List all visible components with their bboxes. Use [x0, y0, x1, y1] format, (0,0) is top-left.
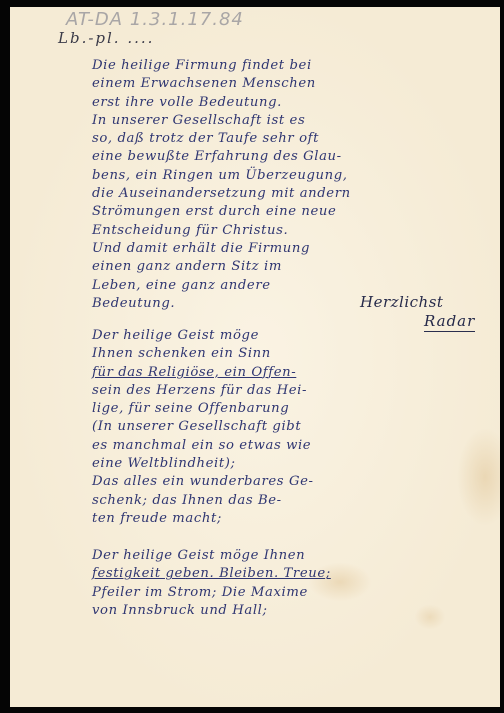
text-line: die Auseinandersetzung mit andern	[92, 185, 351, 203]
text-line: (In unserer Gesellschaft gibt	[92, 418, 314, 436]
text-line-underlined: für das Religiöse, ein Offen-	[92, 364, 314, 382]
text-line: Leben, eine ganz andere	[92, 277, 351, 295]
paragraph-firmung: Die heilige Firmung findet bei einem Erw…	[92, 57, 351, 313]
text-line: eine bewußte Erfahrung des Glau-	[92, 148, 351, 166]
text-line: Der heilige Geist möge Ihnen	[92, 547, 331, 565]
text-line: bens, ein Ringen um Überzeugung,	[92, 167, 351, 185]
signature-name: Radar	[424, 312, 475, 332]
text-line: Entscheidung für Christus.	[92, 222, 351, 240]
text-line: Strömungen erst durch eine neue	[92, 203, 351, 221]
text-line: es manchmal ein so etwas wie	[92, 437, 314, 455]
text-line: erst ihre volle Bedeutung.	[92, 94, 351, 112]
text-line: schenk; das Ihnen das Be-	[92, 492, 314, 510]
text-line: sein des Herzens für das Hei-	[92, 382, 314, 400]
text-line: Die heilige Firmung findet bei	[92, 57, 351, 75]
text-line: eine Weltblindheit);	[92, 455, 314, 473]
text-line: von Innsbruck und Hall;	[92, 602, 331, 620]
paragraph-heiliger-geist: Der heilige Geist möge Ihnen schenken ei…	[92, 327, 314, 528]
text-line: einem Erwachsenen Menschen	[92, 75, 351, 93]
text-line: Ihnen schenken ein Sinn	[92, 345, 314, 363]
salutation: Lb.-pl. ....	[58, 29, 154, 47]
text-line: ten freude macht;	[92, 510, 314, 528]
text-line: einen ganz andern Sitz im	[92, 258, 351, 276]
signature-greeting: Herzlichst	[360, 293, 443, 311]
text-line-underlined: festigkeit geben. Bleiben. Treue;	[92, 565, 331, 583]
letter-page: AT-DA 1.3.1.17.84 Lb.-pl. .... Die heili…	[10, 7, 500, 707]
text-line: lige, für seine Offenbarung	[92, 400, 314, 418]
text-line: Bedeutung.	[92, 295, 351, 313]
text-line: so, daß trotz der Taufe sehr oft	[92, 130, 351, 148]
text-line: Das alles ein wunderbares Ge-	[92, 473, 314, 491]
archive-reference-number: AT-DA 1.3.1.17.84	[66, 9, 244, 30]
paragraph-festigkeit: Der heilige Geist möge Ihnen festigkeit …	[92, 547, 331, 620]
text-line: Der heilige Geist möge	[92, 327, 314, 345]
text-line: Pfeiler im Strom; Die Maxime	[92, 584, 331, 602]
text-line: Und damit erhält die Firmung	[92, 240, 351, 258]
text-line: In unserer Gesellschaft ist es	[92, 112, 351, 130]
